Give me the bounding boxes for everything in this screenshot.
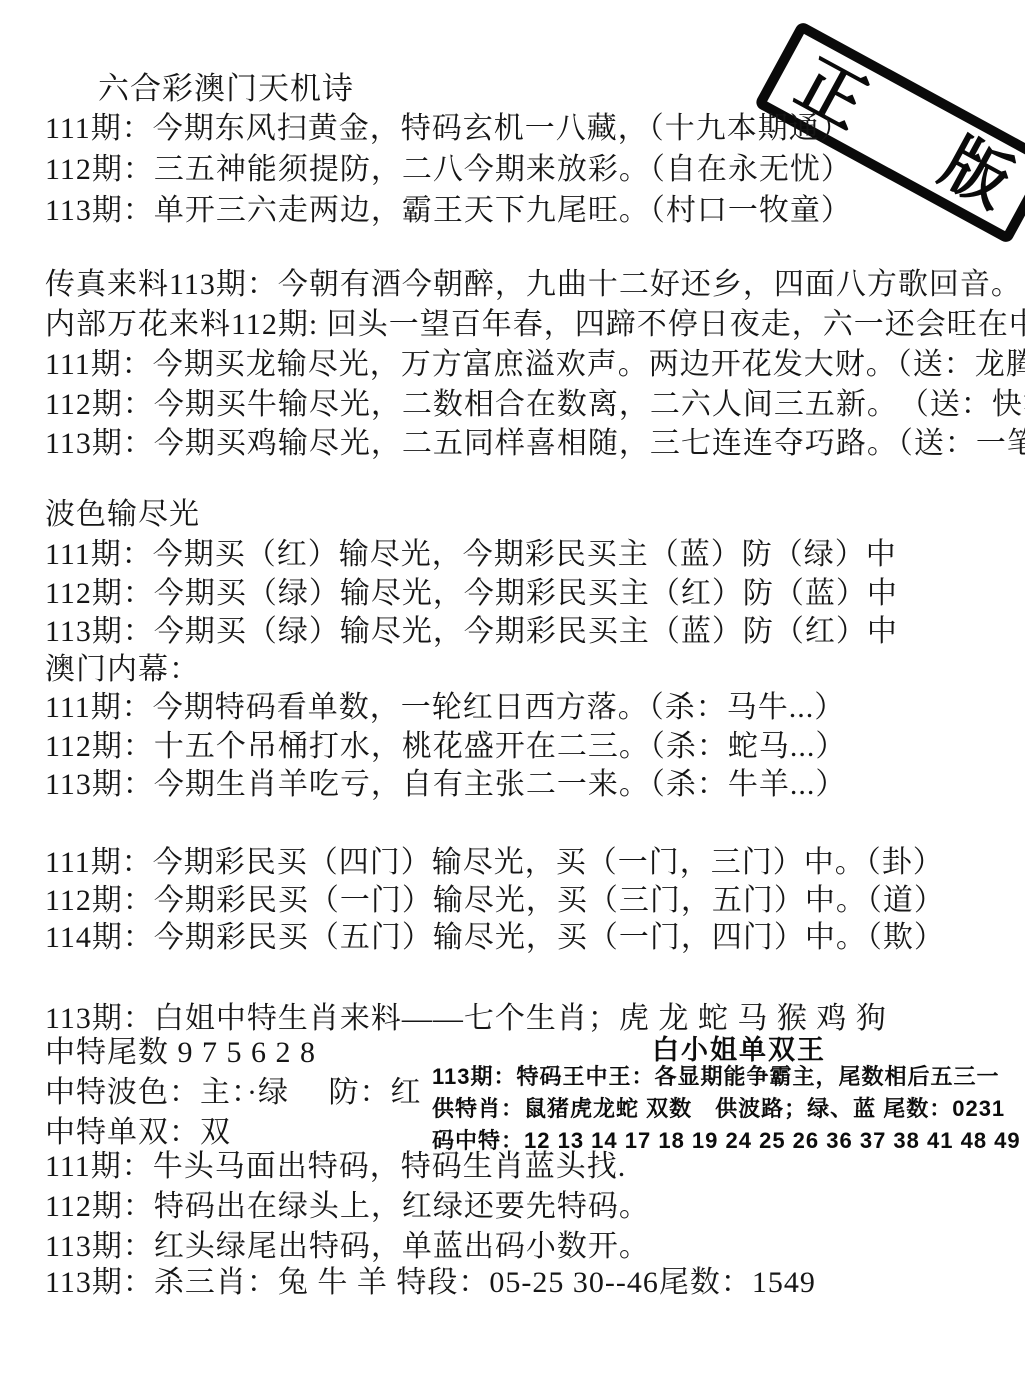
aomen-title: 澳门内幕： <box>45 653 200 687</box>
bose-title: 波色输尽光 <box>45 498 200 532</box>
laoliao-wanhua-112: 内部万花来料112期: 回头一望百年春，四蹄不停日夜走，六一还会旺在中。 <box>45 308 1025 342</box>
aomen-line-112: 112期：十五个吊桶打水，桃花盛开在二三。（杀：蛇马...） <box>45 730 846 764</box>
men-line-112: 112期：今期彩民买（一门）输尽光，买（三门，五门）中。（道） <box>45 884 945 918</box>
doc-title: 六合彩澳门天机诗 <box>98 72 354 106</box>
baijie-weishu: 中特尾数 9 7 5 6 2 8 <box>45 1036 316 1070</box>
scanned-lottery-sheet: 正 版 六合彩澳门天机诗 111期：今期东风扫黄金，特码玄机一八藏，（十九本期通… <box>0 0 1025 1388</box>
bose-line-113: 113期：今期买（绿）输尽光，今期彩民买主（蓝）防（红）中 <box>45 615 898 649</box>
wang-line-wzw: 113期：特码王中王：各显期能争霸主，尾数相后五三一 <box>432 1064 1000 1090</box>
wang-line-texiao: 供特肖：鼠猪虎龙蛇 双数 供波路；绿、蓝 尾数：0231 <box>432 1096 1005 1122</box>
laoliao-line-112: 112期：今期买牛输尽光，二数相合在数离，二六人间三五新。 （送：快活逍遥） <box>45 388 1025 422</box>
baijie-bose: 中特波色：主：·绿 防：红 <box>45 1076 422 1110</box>
tianji-line-111: 111期：今期东风扫黄金，特码玄机一八藏，（十九本期通） <box>45 112 851 146</box>
men-line-114: 114期：今期彩民买（五门）输尽光，买（一门，四门）中。（欺） <box>45 921 945 955</box>
aomen-line-113: 113期：今期生肖羊吃亏，自有主张二一来。（杀：牛羊...） <box>45 768 846 802</box>
tianji-line-112: 112期：三五神能须提防，二八今期来放彩。（自在永无忧） <box>45 153 852 187</box>
men-line-111: 111期：今期彩民买（四门）输尽光，买（一门，三门）中。（卦） <box>45 846 944 880</box>
tail-line-111: 111期：牛头马面出特码，特码生肖蓝头找. <box>45 1150 626 1184</box>
bose-line-112: 112期：今期买（绿）输尽光，今期彩民买主（红）防（蓝）中 <box>45 577 898 611</box>
tail-line-shasanxiao: 113期：杀三肖：兔 牛 羊 特段：05-25 30--46尾数：1549 <box>45 1266 816 1300</box>
wang-title: 白小姐单双王 <box>652 1028 826 1067</box>
tianji-line-113: 113期：单开三六走两边，霸王天下九尾旺。（村口一牧童） <box>45 194 852 228</box>
laoliao-fax-113: 传真来料113期：今朝有酒今朝醉，九曲十二好还乡，四面八方歌回音。 <box>45 268 1022 302</box>
laoliao-line-111: 111期：今期买龙输尽光，万方富庶溢欢声。两边开花发大财。（送：龙腾飞） <box>45 348 1025 382</box>
tail-line-113: 113期：红头绿尾出特码，单蓝出码小数开。 <box>45 1230 650 1264</box>
bose-line-111: 111期：今期买（红）输尽光，今期彩民买主（蓝）防（绿）中 <box>45 538 897 572</box>
baijie-danshuang: 中特单双：双 <box>45 1116 231 1150</box>
aomen-line-111: 111期：今期特码看单数，一轮红日西方落。（杀：马牛...） <box>45 691 845 725</box>
stamp-char-ban: 版 <box>932 127 1022 217</box>
tail-line-112: 112期：特码出在绿头上，红绿还要先特码。 <box>45 1190 650 1224</box>
laoliao-line-113: 113期：今期买鸡输尽光，二五同样喜相随，三七连连夺巧路。（送：一笔成财） <box>45 427 1025 461</box>
